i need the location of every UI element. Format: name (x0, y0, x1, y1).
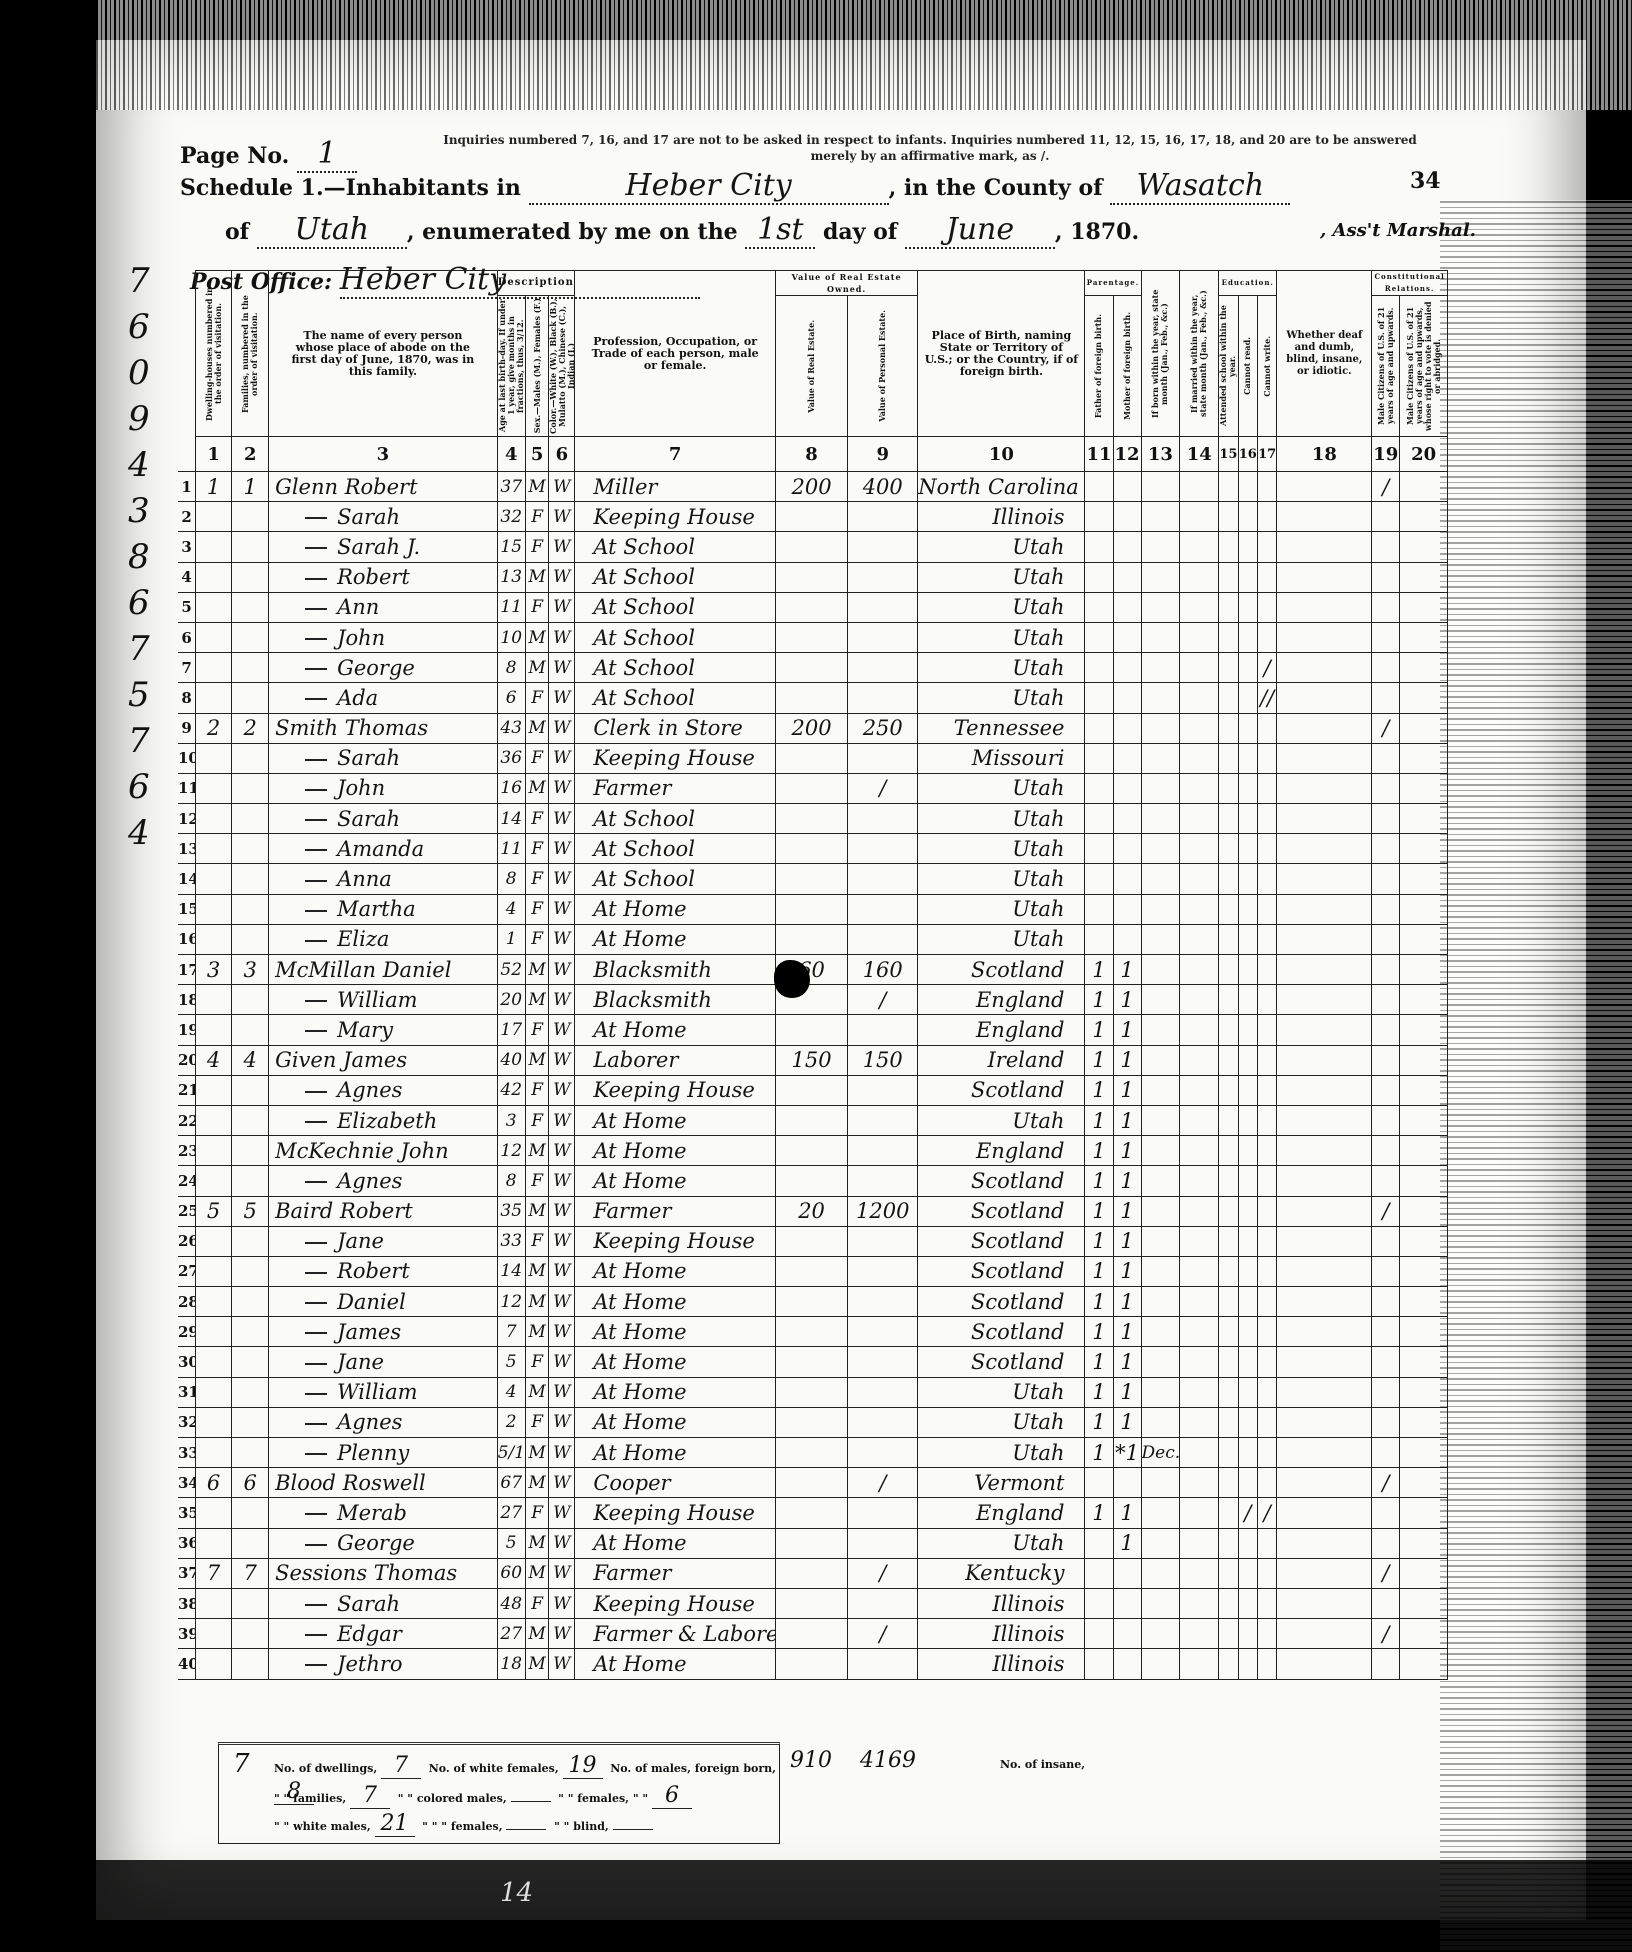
mother-foreign (1113, 894, 1141, 924)
real-estate-value (775, 1528, 847, 1558)
attended-school (1219, 834, 1238, 864)
cannot-read (1238, 1317, 1257, 1347)
married-month (1180, 713, 1219, 743)
color: W (549, 532, 575, 562)
table-row: 19Mary17FWAt HomeEngland11 (178, 1015, 1448, 1045)
sex: M (525, 622, 549, 652)
personal-estate-value: / (848, 1468, 918, 1498)
line-number: 8 (178, 683, 195, 713)
table-row: 23McKechnie John12MWAt HomeEngland11 (178, 1136, 1448, 1166)
real-estate-value (775, 502, 847, 532)
born-month (1141, 472, 1180, 502)
personal-estate-value (848, 1105, 918, 1135)
age: 36 (497, 743, 525, 773)
total-real-estate: 910 (790, 1748, 832, 1773)
ditto-dash (305, 1423, 327, 1425)
color: W (549, 1619, 575, 1649)
real-estate-value (775, 1468, 847, 1498)
age: 12 (497, 1287, 525, 1317)
dwelling-number (195, 1015, 232, 1045)
family-number: 4 (232, 1045, 269, 1075)
column-number: 16 (1238, 437, 1257, 472)
cannot-write (1257, 1196, 1276, 1226)
vote-denied (1400, 1528, 1448, 1558)
sex: M (525, 1317, 549, 1347)
column-number: 2 (232, 437, 269, 472)
married-month (1180, 1407, 1219, 1437)
dwelling-number (195, 1498, 232, 1528)
ditto-dash (305, 1242, 327, 1244)
father-foreign (1085, 924, 1113, 954)
age: 14 (497, 1256, 525, 1286)
cannot-read (1238, 502, 1257, 532)
line-number: 36 (178, 1528, 195, 1558)
schedule-line: Schedule 1.—Inhabitants in Heber City, i… (180, 168, 1290, 205)
table-row: 27Robert14MWAt HomeScotland11 (178, 1256, 1448, 1286)
line-number: 28 (178, 1287, 195, 1317)
dwelling-number (195, 653, 232, 683)
father-foreign (1085, 1588, 1113, 1618)
born-month (1141, 713, 1180, 743)
vote-denied (1400, 1196, 1448, 1226)
white-females-label: No. of white females, (429, 1762, 559, 1775)
male-citizen (1372, 924, 1400, 954)
dwelling-number: 6 (195, 1468, 232, 1498)
male-citizen (1372, 834, 1400, 864)
sex: F (525, 1226, 549, 1256)
male-citizen (1372, 1015, 1400, 1045)
born-month (1141, 1407, 1180, 1437)
enumerated-label: , enumerated by me on the (407, 219, 738, 245)
occupation: Miller (575, 472, 776, 502)
attended-school (1219, 1045, 1238, 1075)
father-foreign: 1 (1085, 1136, 1113, 1166)
header-mother-foreign: Mother of foreign birth. (1113, 296, 1141, 437)
age: 14 (497, 804, 525, 834)
age: 67 (497, 1468, 525, 1498)
ditto-dash (305, 1513, 327, 1515)
header-family: Families, numbered in the order of visit… (232, 271, 269, 437)
dwelling-number (195, 592, 232, 622)
family-number (232, 562, 269, 592)
married-month (1180, 1347, 1219, 1377)
state-prefix: of (225, 219, 249, 245)
born-month (1141, 1377, 1180, 1407)
line-number: 13 (178, 834, 195, 864)
born-month (1141, 1166, 1180, 1196)
sex: F (525, 592, 549, 622)
male-citizen (1372, 1136, 1400, 1166)
dwelling-number (195, 1407, 232, 1437)
sex: F (525, 1166, 549, 1196)
mother-foreign (1113, 472, 1141, 502)
birthplace: Utah (918, 1377, 1085, 1407)
deaf-blind (1277, 955, 1372, 985)
color: W (549, 1407, 575, 1437)
color: W (549, 743, 575, 773)
state-value: Utah (257, 212, 407, 249)
margin-note: 4 (128, 442, 168, 488)
cannot-read (1238, 532, 1257, 562)
deaf-blind (1277, 1619, 1372, 1649)
age: 4 (497, 894, 525, 924)
notice-line-2: merely by an affirmative mark, as /. (430, 148, 1430, 164)
day-value: 1st (745, 212, 815, 249)
sex: M (525, 1045, 549, 1075)
cannot-write (1257, 1528, 1276, 1558)
married-month (1180, 1105, 1219, 1135)
occupation: Laborer (575, 1045, 776, 1075)
deaf-blind (1277, 1045, 1372, 1075)
color: W (549, 1105, 575, 1135)
state-line: of Utah, enumerated by me on the 1st day… (225, 212, 1139, 249)
vote-denied (1400, 1075, 1448, 1105)
father-foreign (1085, 592, 1113, 622)
cannot-write (1257, 1468, 1276, 1498)
margin-note: 9 (128, 396, 168, 442)
age: 8 (497, 653, 525, 683)
line-number: 37 (178, 1558, 195, 1588)
header-birthplace: Place of Birth, naming State or Territor… (918, 271, 1085, 437)
personal-estate-value (848, 532, 918, 562)
color: W (549, 1377, 575, 1407)
personal-estate-value (848, 1256, 918, 1286)
married-month (1180, 1377, 1219, 1407)
personal-estate-value (848, 1287, 918, 1317)
father-foreign: 1 (1085, 1226, 1113, 1256)
family-number (232, 1347, 269, 1377)
born-month (1141, 743, 1180, 773)
father-foreign: 1 (1085, 1438, 1113, 1468)
given-name: Elizabeth (337, 1109, 437, 1133)
attended-school (1219, 1498, 1238, 1528)
sex: F (525, 1588, 549, 1618)
ink-blot (774, 960, 810, 998)
born-month (1141, 924, 1180, 954)
person-name: Daniel (269, 1287, 498, 1317)
real-estate-value (775, 1166, 847, 1196)
color: W (549, 1558, 575, 1588)
married-month (1180, 894, 1219, 924)
married-month (1180, 653, 1219, 683)
ditto-dash (305, 1453, 327, 1455)
vote-denied (1400, 1619, 1448, 1649)
married-month (1180, 804, 1219, 834)
sex: M (525, 1196, 549, 1226)
sex: M (525, 1619, 549, 1649)
margin-note: 7 (128, 258, 168, 304)
real-estate-value (775, 1136, 847, 1166)
sex: F (525, 894, 549, 924)
deaf-blind (1277, 804, 1372, 834)
vote-denied (1400, 1015, 1448, 1045)
header-sex: Sex.—Males (M.), Females (F.) (525, 296, 549, 437)
occupation: Farmer (575, 1558, 776, 1588)
given-name: Sarah (337, 746, 400, 770)
personal-estate-value (848, 743, 918, 773)
person-name: Agnes (269, 1407, 498, 1437)
cannot-read (1238, 743, 1257, 773)
person-name: Anna (269, 864, 498, 894)
cannot-write (1257, 1377, 1276, 1407)
color: W (549, 1528, 575, 1558)
birthplace: Scotland (918, 1317, 1085, 1347)
male-citizen (1372, 864, 1400, 894)
ditto-dash (305, 1030, 327, 1032)
inquiries-notice: Inquiries numbered 7, 16, and 17 are not… (430, 132, 1430, 164)
family-number: 2 (232, 713, 269, 743)
given-name: Ann (337, 595, 379, 619)
notice-line-1: Inquiries numbered 7, 16, and 17 are not… (430, 132, 1430, 148)
attended-school (1219, 1407, 1238, 1437)
color: W (549, 1347, 575, 1377)
married-month (1180, 1438, 1219, 1468)
margin-note: 0 (128, 350, 168, 396)
sex: M (525, 1468, 549, 1498)
birthplace: Scotland (918, 1196, 1085, 1226)
born-month (1141, 1468, 1180, 1498)
attended-school (1219, 1226, 1238, 1256)
birthplace: Illinois (918, 1649, 1085, 1679)
occupation: Blacksmith (575, 955, 776, 985)
dwelling-number (195, 1105, 232, 1135)
cannot-write (1257, 1226, 1276, 1256)
personal-estate-value (848, 1347, 918, 1377)
sex: F (525, 1347, 549, 1377)
line-number: 20 (178, 1045, 195, 1075)
mother-foreign: 1 (1113, 1407, 1141, 1437)
color: W (549, 1317, 575, 1347)
sex: F (525, 1075, 549, 1105)
vote-denied (1400, 1105, 1448, 1135)
table-row: 922Smith Thomas43MWClerk in Store200250T… (178, 713, 1448, 743)
male-citizen (1372, 773, 1400, 803)
real-estate-value (775, 773, 847, 803)
age: 6 (497, 683, 525, 713)
table-row: 6John10MWAt SchoolUtah (178, 622, 1448, 652)
personal-estate-value: 250 (848, 713, 918, 743)
year-label: , 1870. (1055, 219, 1139, 245)
table-row: 35Merab27FWKeeping HouseEngland11// (178, 1498, 1448, 1528)
vote-denied (1400, 894, 1448, 924)
margin-note: 3 (128, 488, 168, 534)
occupation: At School (575, 592, 776, 622)
birthplace: Utah (918, 683, 1085, 713)
sex: M (525, 653, 549, 683)
color: W (549, 924, 575, 954)
dwelling-number: 5 (195, 1196, 232, 1226)
person-name: McMillan Daniel (269, 955, 498, 985)
header-description-group: Description. (497, 271, 575, 296)
given-name: Jane (337, 1350, 384, 1374)
family-number: 5 (232, 1196, 269, 1226)
color: W (549, 864, 575, 894)
father-foreign (1085, 834, 1113, 864)
attended-school (1219, 1196, 1238, 1226)
cannot-write (1257, 1166, 1276, 1196)
born-month (1141, 1317, 1180, 1347)
real-estate-value (775, 562, 847, 592)
family-number: 3 (232, 955, 269, 985)
age: 10 (497, 622, 525, 652)
birthplace: Scotland (918, 955, 1085, 985)
person-name: Mary (269, 1015, 498, 1045)
cannot-write (1257, 1347, 1276, 1377)
sex: F (525, 1498, 549, 1528)
mother-foreign (1113, 683, 1141, 713)
attended-school (1219, 1347, 1238, 1377)
header-deaf-blind: Whether deaf and dumb, blind, insane, or… (1277, 271, 1372, 437)
color: W (549, 1075, 575, 1105)
real-estate-value (775, 1256, 847, 1286)
sex: M (525, 1256, 549, 1286)
real-estate-value (775, 1226, 847, 1256)
personal-estate-value (848, 924, 918, 954)
born-month (1141, 1045, 1180, 1075)
attended-school (1219, 653, 1238, 683)
color: W (549, 1588, 575, 1618)
given-name: Martha (337, 897, 416, 921)
age: 43 (497, 713, 525, 743)
line-number: 24 (178, 1166, 195, 1196)
real-estate-value (775, 532, 847, 562)
age: 52 (497, 955, 525, 985)
vote-denied (1400, 743, 1448, 773)
deaf-blind (1277, 472, 1372, 502)
family-number (232, 1105, 269, 1135)
birthplace: Scotland (918, 1226, 1085, 1256)
cannot-read (1238, 1166, 1257, 1196)
color: W (549, 955, 575, 985)
age: 11 (497, 834, 525, 864)
table-row: 3466Blood Roswell67MWCooper/Vermont/ (178, 1468, 1448, 1498)
vote-denied (1400, 562, 1448, 592)
birthplace: Missouri (918, 743, 1085, 773)
age: 5/12 (497, 1438, 525, 1468)
personal-estate-value: / (848, 1558, 918, 1588)
real-estate-value (775, 1015, 847, 1045)
attended-school (1219, 1256, 1238, 1286)
table-header: Dwelling-houses numbered in the order of… (178, 271, 1448, 472)
married-month (1180, 1075, 1219, 1105)
ditto-dash (305, 910, 327, 912)
male-citizen (1372, 532, 1400, 562)
table-row: 4Robert13MWAt SchoolUtah (178, 562, 1448, 592)
personal-estate-value (848, 1438, 918, 1468)
color: W (549, 683, 575, 713)
male-citizen (1372, 1105, 1400, 1135)
line-number: 31 (178, 1377, 195, 1407)
family-number (232, 1528, 269, 1558)
cannot-write (1257, 1256, 1276, 1286)
attended-school (1219, 1438, 1238, 1468)
cannot-read (1238, 1196, 1257, 1226)
dwelling-number (195, 1619, 232, 1649)
summary-mark: 7 (233, 1749, 250, 1779)
dwelling-number (195, 985, 232, 1015)
dwelling-number (195, 1287, 232, 1317)
personal-estate-value: 160 (848, 955, 918, 985)
cannot-read (1238, 1377, 1257, 1407)
colored-males-label: " " colored males, (398, 1792, 507, 1805)
cannot-read (1238, 472, 1257, 502)
birthplace: England (918, 1015, 1085, 1045)
line-number: 27 (178, 1256, 195, 1286)
birthplace: Vermont (918, 1468, 1085, 1498)
personal-estate-value: / (848, 773, 918, 803)
family-number (232, 1498, 269, 1528)
cannot-write (1257, 1619, 1276, 1649)
family-number (232, 502, 269, 532)
attended-school (1219, 955, 1238, 985)
family-number (232, 1377, 269, 1407)
table-row: 14Anna8FWAt SchoolUtah (178, 864, 1448, 894)
birthplace: Utah (918, 562, 1085, 592)
given-name: James (337, 1320, 401, 1344)
sex: F (525, 864, 549, 894)
person-name: Edgar (269, 1619, 498, 1649)
occupation: At Home (575, 1317, 776, 1347)
dwelling-number: 4 (195, 1045, 232, 1075)
married-month (1180, 1649, 1219, 1679)
birthplace: Utah (918, 622, 1085, 652)
cannot-read (1238, 804, 1257, 834)
sex: F (525, 743, 549, 773)
cannot-read (1238, 1588, 1257, 1618)
born-month (1141, 532, 1180, 562)
cannot-read (1238, 622, 1257, 652)
family-number (232, 1136, 269, 1166)
father-foreign: 1 (1085, 1407, 1113, 1437)
family-number (232, 1317, 269, 1347)
place-value: Heber City (529, 168, 889, 205)
header-dwelling: Dwelling-houses numbered in the order of… (195, 271, 232, 437)
table-row: 26Jane33FWKeeping HouseScotland11 (178, 1226, 1448, 1256)
person-name: William (269, 1377, 498, 1407)
born-month (1141, 1619, 1180, 1649)
cannot-write (1257, 1105, 1276, 1135)
birthplace: Illinois (918, 1588, 1085, 1618)
sex: F (525, 804, 549, 834)
occupation: At School (575, 622, 776, 652)
deaf-blind (1277, 532, 1372, 562)
dwelling-number (195, 1256, 232, 1286)
dwelling-number (195, 924, 232, 954)
color: W (549, 773, 575, 803)
mother-foreign (1113, 562, 1141, 592)
occupation: Keeping House (575, 1588, 776, 1618)
margin-note: 6 (128, 764, 168, 810)
color: W (549, 562, 575, 592)
person-name: William (269, 985, 498, 1015)
occupation: At School (575, 683, 776, 713)
dwelling-number: 2 (195, 713, 232, 743)
sex: M (525, 985, 549, 1015)
table-row: 2044Given James40MWLaborer150150Ireland1… (178, 1045, 1448, 1075)
cannot-read (1238, 653, 1257, 683)
family-number (232, 622, 269, 652)
mother-foreign: 1 (1113, 1317, 1141, 1347)
real-estate-value (775, 1498, 847, 1528)
male-citizen (1372, 804, 1400, 834)
real-estate-value (775, 864, 847, 894)
person-name: Glenn Robert (269, 472, 498, 502)
occupation: At Home (575, 1287, 776, 1317)
column-number: 17 (1257, 437, 1276, 472)
real-estate-value (775, 743, 847, 773)
cannot-write (1257, 834, 1276, 864)
ditto-dash (305, 638, 327, 640)
